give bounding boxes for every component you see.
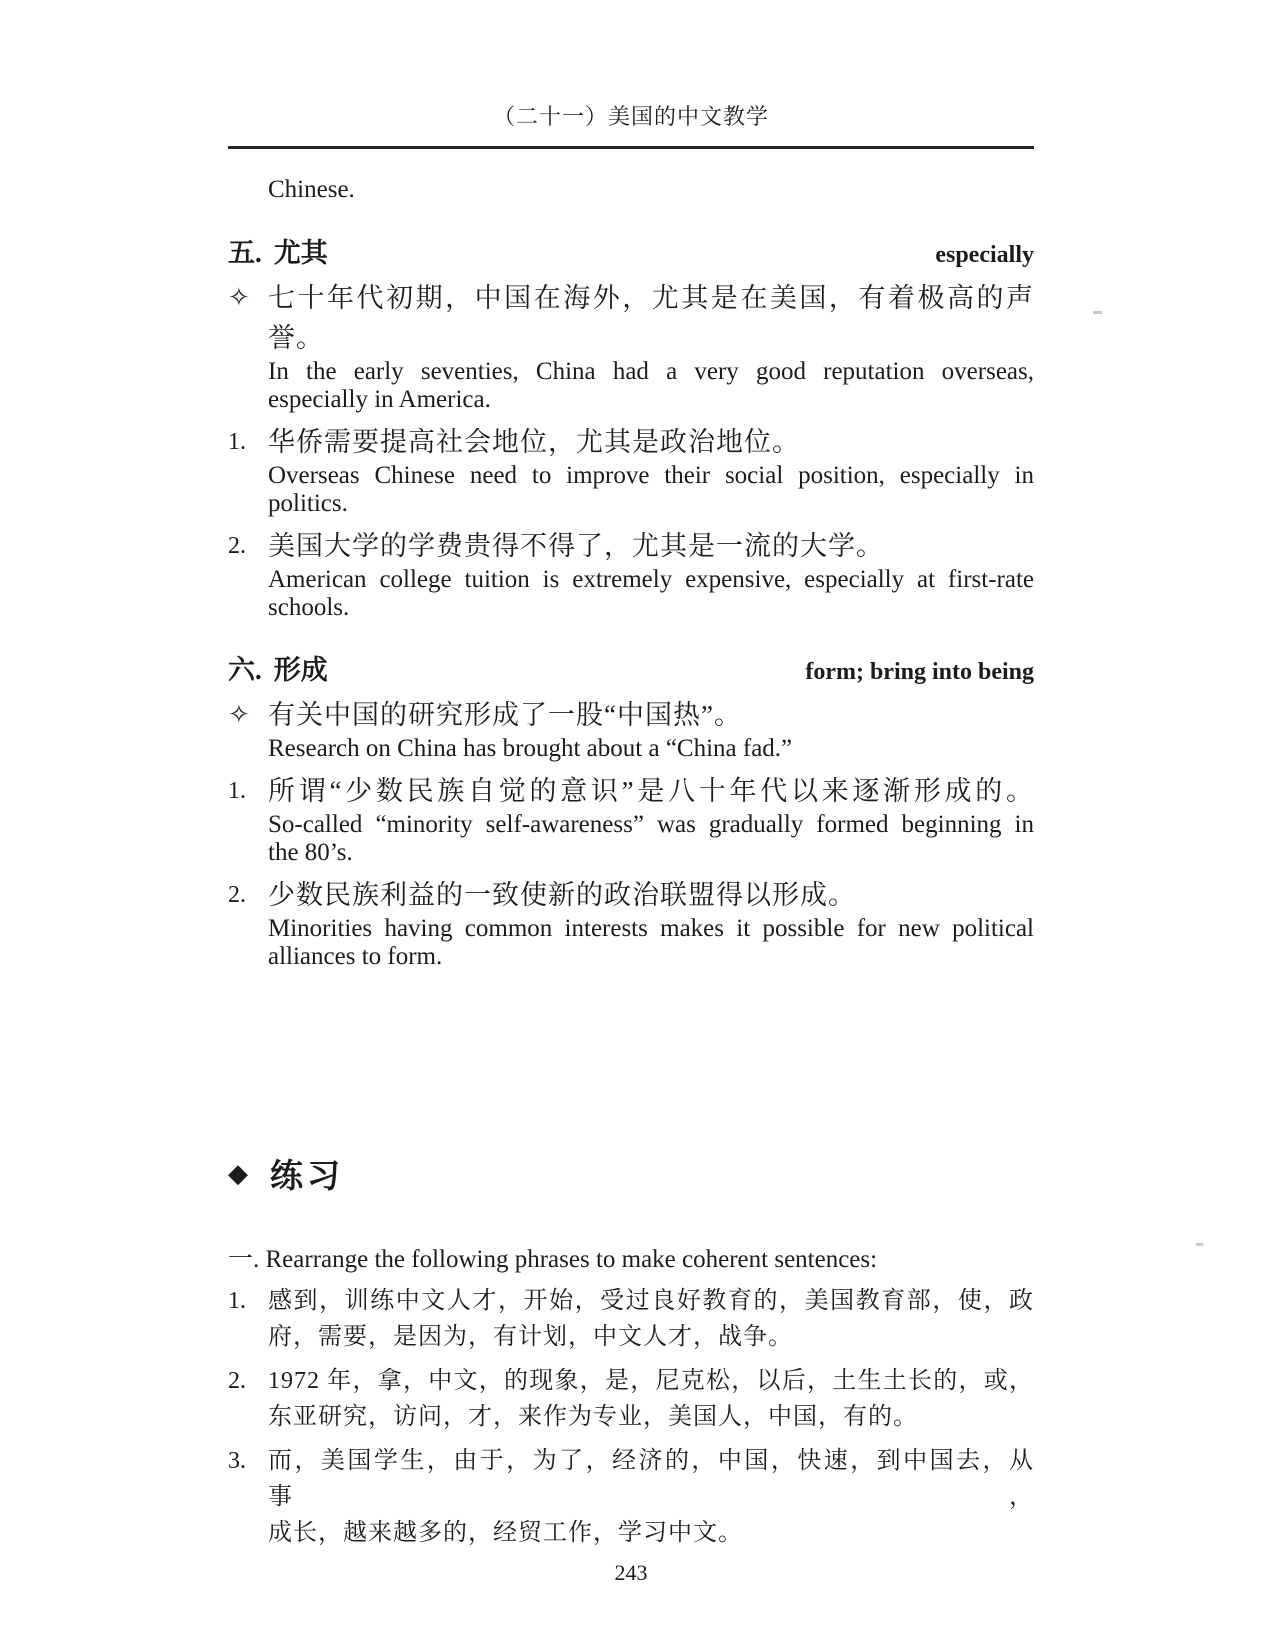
scan-artifact — [1093, 311, 1102, 314]
item-number: 1. — [228, 1283, 268, 1355]
section-number: 六. — [228, 655, 262, 685]
exercise-item: 2. 1972 年，拿，中文，的现象，是，尼克松，以后，土生土长的，或， 东亚研… — [228, 1363, 1034, 1435]
exercises-section: ◆ 练习 一. Rearrange the following phrases … — [228, 1150, 1034, 1551]
exercise-line: 感到，训练中文人才，开始，受过良好教育的，美国教育部，使，政 — [268, 1283, 1034, 1319]
exercise-item-text: 而，美国学生，由于，为了，经济的，中国，快速，到中国去，从事， 成长，越来越多的… — [268, 1443, 1034, 1551]
exercise-line: 1972 年，拿，中文，的现象，是，尼克松，以后，土生土长的，或， — [268, 1363, 1034, 1399]
chinese-line: 少数民族利益的一致使新的政治联盟得以形成。 — [268, 875, 1034, 915]
example-item: 2. 少数民族利益的一致使新的政治联盟得以形成。 Minorities havi… — [228, 875, 1034, 971]
example-item-text: 美国大学的学费贵得不得了，尤其是一流的大学。 American college … — [268, 526, 1034, 622]
exercise-item: 3. 而，美国学生，由于，为了，经济的，中国，快速，到中国去，从事， 成长，越来… — [228, 1443, 1034, 1551]
exercises-heading: ◆ 练习 — [228, 1150, 1034, 1197]
sparkle-bullet-icon: ✧ — [228, 278, 268, 414]
pattern-example-text: 有关中国的研究形成了一股“中国热”。 Research on China has… — [268, 695, 1034, 763]
chinese-line: 有关中国的研究形成了一股“中国热”。 — [268, 695, 1034, 735]
english-line: In the early seventies, China had a very… — [268, 358, 1034, 386]
carryover-text: Chinese. — [268, 175, 1034, 205]
exercises-title: 练习 — [270, 1150, 344, 1197]
english-line: alliances to form. — [268, 943, 1034, 971]
exercise-line: 成长，越来越多的，经贸工作，学习中文。 — [268, 1515, 1034, 1551]
section-gloss-5: especially — [935, 242, 1034, 269]
example-item: 1. 所谓“少数民族自觉的意识”是八十年代以来逐渐形成的。 So-called … — [228, 771, 1034, 867]
english-line: schools. — [268, 594, 1034, 622]
item-number: 2. — [228, 526, 268, 622]
exercise-line: 府，需要，是因为，有计划，中文人才，战争。 — [268, 1319, 1034, 1355]
exercise-item-text: 1972 年，拿，中文，的现象，是，尼克松，以后，土生土长的，或， 东亚研究，访… — [268, 1363, 1034, 1435]
english-line: politics. — [268, 490, 1034, 518]
pattern-example: ✧ 有关中国的研究形成了一股“中国热”。 Research on China h… — [228, 695, 1034, 763]
example-item-text: 少数民族利益的一致使新的政治联盟得以形成。 Minorities having … — [268, 875, 1034, 971]
exercise-line: 东亚研究，访问，才，来作为专业，美国人，中国，有的。 — [268, 1399, 1034, 1435]
exercise-item: 1. 感到，训练中文人才，开始，受过良好教育的，美国教育部，使，政 府，需要，是… — [228, 1283, 1034, 1355]
chinese-line: 所谓“少数民族自觉的意识”是八十年代以来逐渐形成的。 — [268, 771, 1034, 811]
english-line: Overseas Chinese need to improve their s… — [268, 462, 1034, 490]
item-number: 1. — [228, 771, 268, 867]
item-number: 2. — [228, 1363, 268, 1435]
english-line: Minorities having common interests makes… — [268, 915, 1034, 943]
exercise-item-text: 感到，训练中文人才，开始，受过良好教育的，美国教育部，使，政 府，需要，是因为，… — [268, 1283, 1034, 1355]
example-item: 1. 华侨需要提高社会地位，尤其是政治地位。 Overseas Chinese … — [228, 422, 1034, 518]
section-number: 五. — [228, 238, 262, 268]
example-item-text: 所谓“少数民族自觉的意识”是八十年代以来逐渐形成的。 So-called “mi… — [268, 771, 1034, 867]
item-number: 3. — [228, 1443, 268, 1551]
english-line: especially in America. — [268, 386, 1034, 414]
section-heading-6: 六.形成 form; bring into being — [228, 648, 1034, 687]
diamond-icon: ◆ — [228, 1159, 248, 1189]
item-number: 2. — [228, 875, 268, 971]
section-term-5: 五.尤其 — [228, 231, 328, 270]
header-rule — [228, 146, 1034, 149]
example-item: 2. 美国大学的学费贵得不得了，尤其是一流的大学。 American colle… — [228, 526, 1034, 622]
english-line: So-called “minority self-awareness” was … — [268, 811, 1034, 839]
section-gloss-6: form; bring into being — [805, 659, 1034, 686]
sparkle-bullet-icon: ✧ — [228, 695, 268, 763]
chinese-line: 七十年代初期，中国在海外，尤其是在美国，有着极高的声 — [268, 278, 1034, 318]
item-number: 1. — [228, 422, 268, 518]
scan-artifact — [1196, 1243, 1203, 1246]
page-title: （二十一）美国的中文教学 — [228, 100, 1034, 131]
section-heading-5: 五.尤其 especially — [228, 231, 1034, 270]
chinese-line: 美国大学的学费贵得不得了，尤其是一流的大学。 — [268, 526, 1034, 566]
textbook-page: （二十一）美国的中文教学 Chinese. 五.尤其 especially ✧ … — [0, 0, 1275, 1650]
pattern-example-text: 七十年代初期，中国在海外，尤其是在美国，有着极高的声 誉。 In the ear… — [268, 278, 1034, 414]
page-number: 243 — [228, 1560, 1034, 1586]
english-line: the 80’s. — [268, 839, 1034, 867]
english-line: Research on China has brought about a “C… — [268, 735, 1034, 763]
section-term-text: 尤其 — [274, 238, 328, 268]
section-term-text: 形成 — [274, 655, 328, 685]
chinese-line: 华侨需要提高社会地位，尤其是政治地位。 — [268, 422, 1034, 462]
section-term-6: 六.形成 — [228, 648, 328, 687]
exercise-instruction: 一. Rearrange the following phrases to ma… — [228, 1245, 1034, 1275]
example-item-text: 华侨需要提高社会地位，尤其是政治地位。 Overseas Chinese nee… — [268, 422, 1034, 518]
page-content: （二十一）美国的中文教学 Chinese. 五.尤其 especially ✧ … — [228, 0, 1034, 971]
english-line: American college tuition is extremely ex… — [268, 566, 1034, 594]
exercise-line: 而，美国学生，由于，为了，经济的，中国，快速，到中国去，从事， — [268, 1443, 1034, 1515]
chinese-line: 誉。 — [268, 318, 1034, 358]
pattern-example: ✧ 七十年代初期，中国在海外，尤其是在美国，有着极高的声 誉。 In the e… — [228, 278, 1034, 414]
